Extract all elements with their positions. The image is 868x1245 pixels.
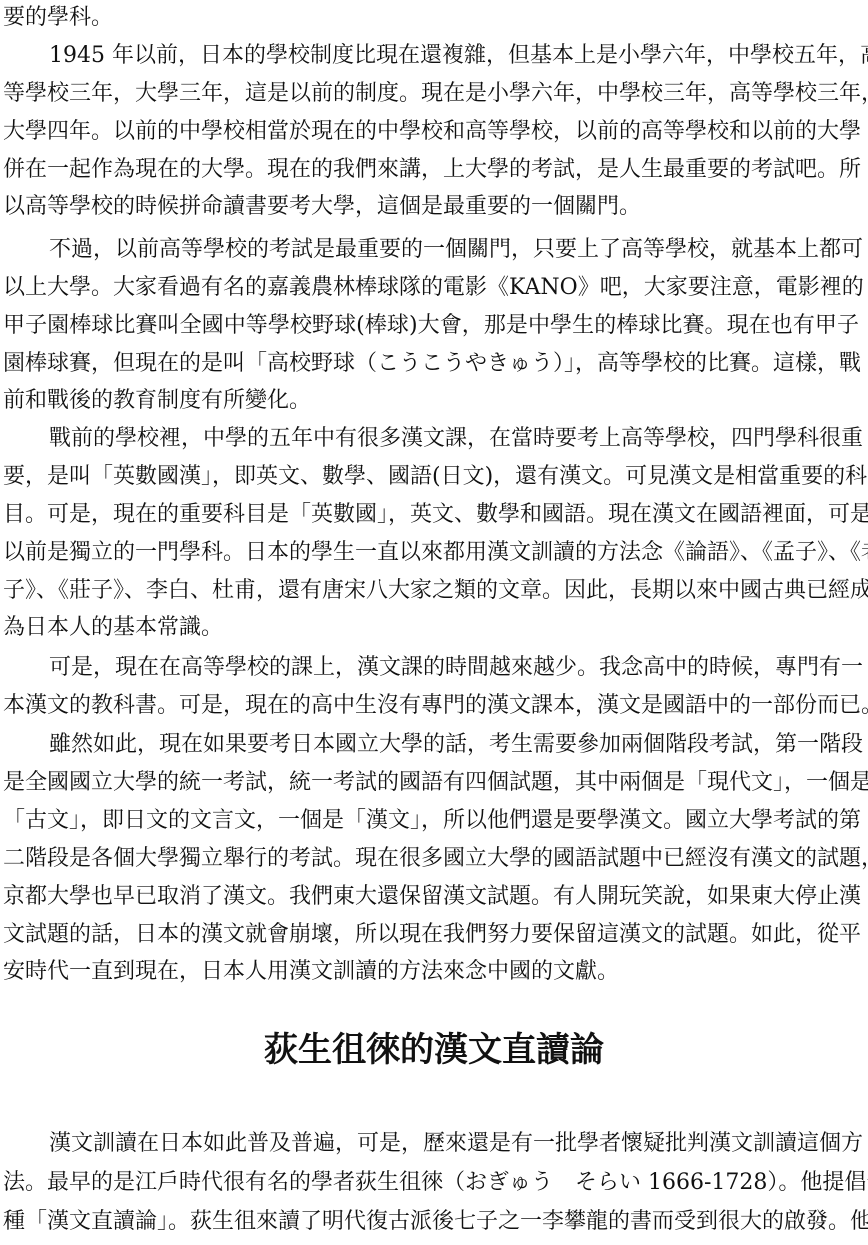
paragraph-line: 安時代一直到現在，日本人用漢文訓讀的方法來念中國的文獻。 (3, 957, 619, 987)
paragraph-line: 不過，以前高等學校的考試是最重要的一個關門，只要上了高等學校，就基本上都可 (49, 235, 859, 265)
paragraph-line: 目。可是，現在的重要科目是「英數國」，英文、數學和國語。現在漢文在國語裡面，可是… (3, 500, 859, 530)
section-heading: 荻生徂徠的漢文直讀論 (0, 1028, 868, 1072)
paragraph-line: 文試題的話，日本的漢文就會崩壞，所以現在我們努力要保留這漢文的試題。如此，從平 (3, 920, 859, 950)
paragraph-line: 戰前的學校裡，中學的五年中有很多漢文課，在當時要考上高等學校，四門學科很重 (49, 424, 859, 454)
paragraph-line: 要的學科。 (3, 3, 113, 33)
paragraph-line: 等學校三年，大學三年，這是以前的制度。現在是小學六年，中學校三年，高等學校三年， (3, 79, 859, 109)
paragraph-line: 漢文訓讀在日本如此普及普遍，可是，歷來還是有一批學者懷疑批判漢文訓讀這個方 (49, 1129, 859, 1159)
paragraph-line: 是全國國立大學的統一考試，統一考試的國語有四個試題，其中兩個是「現代文」，一個是 (3, 768, 859, 798)
paragraph-line: 以前是獨立的一門學科。日本的學生一直以來都用漢文訓讀的方法念《論語》、《孟子》、… (3, 538, 859, 568)
paragraph-line: 以上大學。大家看過有名的嘉義農林棒球隊的電影《KANO》吧，大家要注意，電影裡的 (3, 273, 859, 303)
paragraph-line: 京都大學也早已取消了漢文。我們東大還保留漢文試題。有人開玩笑說，如果東大停止漢 (3, 882, 859, 912)
paragraph-line: 為日本人的基本常識。 (3, 613, 223, 643)
paragraph-line: 法。最早的是江戶時代很有名的學者荻生徂徠（おぎゅう そらい 1666-1728）… (3, 1168, 859, 1198)
paragraph-line: 以高等學校的時候拼命讀書要考大學，這個是最重要的一個關門。 (3, 192, 641, 222)
paragraph-line: 「古文」，即日文的文言文，一個是「漢文」，所以他們還是要學漢文。國立大學考試的第 (3, 806, 859, 836)
paragraph-line: 園棒球賽，但現在的是叫「高校野球（こうこうやきゅう）」，高等學校的比賽。這樣，戰 (3, 349, 859, 379)
paragraph-line: 併在一起作為現在的大學。現在的我們來講，上大學的考試，是人生最重要的考試吧。所 (3, 155, 859, 185)
paragraph-line: 種「漢文直讀論」。荻生徂來讀了明代復古派後七子之一李攀龍的書而受到很大的啟發。他 (3, 1207, 859, 1237)
paragraph-line: 本漢文的教科書。可是，現在的高中生沒有專門的漢文課本，漢文是國語中的一部份而已。 (3, 691, 859, 721)
paragraph-line: 子》、《莊子》、李白、杜甫，還有唐宋八大家之類的文章。因此，長期以來中國古典已經… (3, 576, 859, 606)
paragraph-line: 二階段是各個大學獨立舉行的考試。現在很多國立大學的國語試題中已經沒有漢文的試題， (3, 844, 859, 874)
paragraph-line: 要，是叫「英數國漢」，即英文、數學、國語(日文)，還有漢文。可見漢文是相當重要的… (3, 462, 859, 492)
paragraph-line: 1945 年以前，日本的學校制度比現在還複雜，但基本上是小學六年，中學校五年，高 (49, 41, 859, 71)
paragraph-line: 雖然如此，現在如果要考日本國立大學的話，考生需要參加兩個階段考試，第一階段 (49, 730, 859, 760)
paragraph-line: 前和戰後的教育制度有所變化。 (3, 386, 311, 416)
paragraph-line: 甲子園棒球比賽叫全國中等學校野球(棒球)大會，那是中學生的棒球比賽。現在也有甲子 (3, 311, 859, 341)
paragraph-line: 可是，現在在高等學校的課上，漢文課的時間越來越少。我念高中的時候，專門有一 (49, 653, 859, 683)
paragraph-line: 大學四年。以前的中學校相當於現在的中學校和高等學校，以前的高等學校和以前的大學 (3, 117, 859, 147)
